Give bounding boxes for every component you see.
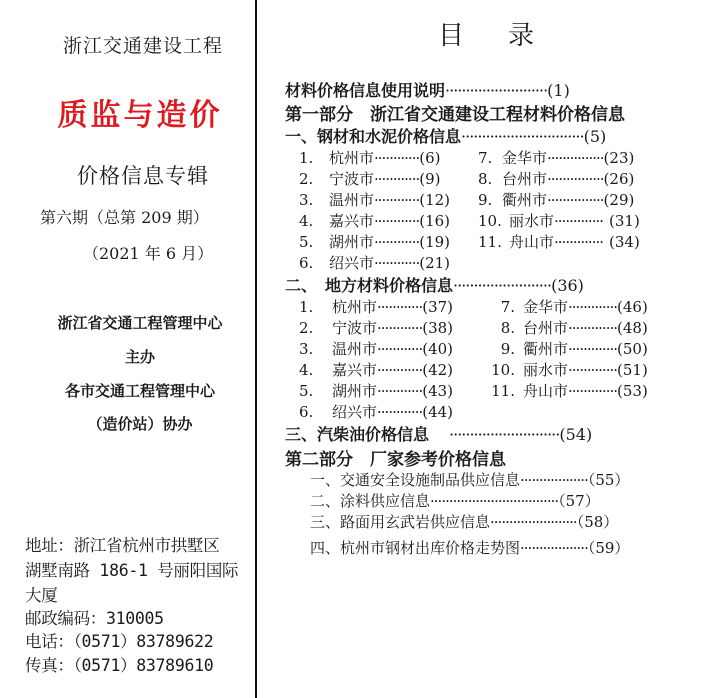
- leader-dots: ·············: [568, 361, 617, 379]
- leader-dots: ············: [377, 403, 422, 421]
- city-name: 宁波市: [332, 319, 377, 337]
- leader-dots: ·························: [445, 81, 547, 100]
- toc-city-entry[interactable]: 6.绍兴市············(44): [299, 401, 453, 422]
- page-number: (34): [609, 233, 640, 251]
- address-line-1: 地址：浙江省杭州市拱墅区: [25, 532, 219, 556]
- co-sponsor-role: （造价站）协办: [0, 413, 256, 434]
- entry-number: 5.: [299, 382, 332, 400]
- phone: 电话：（0571）83789622: [25, 628, 213, 652]
- toc-city-entry[interactable]: 7.金华市·············(46): [483, 296, 648, 317]
- city-name: 绍兴市: [329, 254, 374, 272]
- leader-dots: ·············: [568, 340, 617, 358]
- page-number: （57）: [558, 492, 600, 510]
- leader-dots: ············: [377, 382, 422, 400]
- toc-part-2: 第二部分 厂家参考价格信息: [285, 445, 506, 470]
- toc-city-entry[interactable]: 6.绍兴市············(21): [299, 252, 450, 273]
- toc-entry-intro[interactable]: 材料价格信息使用说明·························(1): [285, 78, 570, 101]
- toc-city-entry[interactable]: 4.嘉兴市············(42): [299, 359, 453, 380]
- leader-dots: ···············: [547, 149, 604, 167]
- leader-dots: ·············: [568, 298, 617, 316]
- page-number: (43): [422, 382, 453, 400]
- page-number: (42): [422, 361, 453, 379]
- toc-city-entry[interactable]: 9.衢州市·············(50): [483, 338, 648, 359]
- entry-number: 3.: [299, 340, 332, 358]
- leader-dots: ············: [377, 298, 422, 316]
- address-line-2: 湖墅南路 186-1 号丽阳国际: [25, 557, 238, 581]
- city-name: 台州市: [523, 319, 568, 337]
- toc-entry-label: 三、汽柴油价格信息: [285, 425, 429, 444]
- cover-title: 质监与造价: [0, 90, 256, 134]
- city-name: 丽水市: [509, 212, 554, 230]
- entry-number: 4.: [299, 212, 329, 230]
- sponsor-role: 主办: [0, 346, 256, 367]
- city-name: 温州市: [329, 191, 374, 209]
- toc-city-entry[interactable]: 9.衢州市···············(29): [478, 189, 634, 210]
- leader-dots: ·············: [568, 382, 617, 400]
- page-number: (53): [617, 382, 648, 400]
- toc-entry-label: 一、钢材和水泥价格信息: [285, 127, 461, 146]
- toc-city-entry[interactable]: 3.温州市············(40): [299, 338, 453, 359]
- city-name: 嘉兴市: [332, 361, 377, 379]
- leader-dots: ···························: [449, 425, 559, 444]
- toc-entry-label: 二、涂料供应信息: [310, 492, 430, 510]
- city-name: 杭州市: [329, 149, 374, 167]
- leader-dots: ············: [374, 233, 419, 251]
- toc-city-entry[interactable]: 8.台州市···············(26): [478, 168, 634, 189]
- city-name: 舟山市: [509, 233, 554, 251]
- leader-dots: ············: [374, 212, 419, 230]
- entry-number: 7.: [483, 298, 515, 316]
- leader-dots: ············: [377, 340, 422, 358]
- address-line-3: 大厦: [25, 582, 57, 606]
- toc-entry-label: 二、 地方材料价格信息: [285, 276, 453, 295]
- page-number: (12): [419, 191, 450, 209]
- leader-dots: ·············: [554, 212, 603, 230]
- leader-dots: ···············: [547, 170, 604, 188]
- page-number: (48): [617, 319, 648, 337]
- toc-city-entry[interactable]: 8.台州市·············(48): [483, 317, 648, 338]
- leader-dots: ············: [374, 170, 419, 188]
- city-name: 金华市: [523, 298, 568, 316]
- page-number: (50): [617, 340, 648, 358]
- publisher-line: 浙江交通建设工程: [0, 31, 256, 58]
- toc-city-entry[interactable]: 3.温州市············(12): [299, 189, 450, 210]
- fax: 传真：（0571）83789610: [25, 652, 213, 676]
- city-name: 舟山市: [523, 382, 568, 400]
- toc-section-3[interactable]: 三、汽柴油价格信息···························(54): [285, 422, 592, 445]
- entry-number: 2.: [299, 170, 329, 188]
- toc-city-entry[interactable]: 11.舟山市·············(53): [483, 380, 648, 401]
- toc-city-entry[interactable]: 1.杭州市············(6): [299, 147, 440, 168]
- page-number: (19): [419, 233, 450, 251]
- entry-number: 10.: [478, 212, 509, 230]
- page-number: (51): [617, 361, 648, 379]
- page-number: (16): [419, 212, 450, 230]
- page-number: (1): [547, 81, 570, 100]
- city-name: 湖州市: [332, 382, 377, 400]
- page-number: (44): [422, 403, 453, 421]
- city-name: 宁波市: [329, 170, 374, 188]
- toc-heading-right: 录: [508, 15, 534, 52]
- entry-number: 10.: [483, 361, 515, 379]
- toc-city-entry[interactable]: 1.杭州市············(37): [299, 296, 453, 317]
- leader-dots: ······························: [461, 127, 584, 146]
- leader-dots: ··················: [520, 471, 588, 489]
- leader-dots: ············: [374, 191, 419, 209]
- city-name: 衢州市: [502, 191, 547, 209]
- toc-heading: 目录: [438, 15, 534, 52]
- toc-city-entry[interactable]: 4.嘉兴市············(16): [299, 210, 450, 231]
- page-number: (31): [609, 212, 640, 230]
- postcode: 邮政编码：310005: [25, 605, 164, 629]
- leader-dots: ························: [453, 276, 551, 295]
- city-name: 衢州市: [523, 340, 568, 358]
- toc-city-entry[interactable]: 5.湖州市············(19): [299, 231, 450, 252]
- page-number: (26): [604, 170, 635, 188]
- leader-dots: ············: [374, 254, 419, 272]
- page-number: (40): [422, 340, 453, 358]
- entry-number: 6.: [299, 254, 329, 272]
- entry-number: 8.: [483, 319, 515, 337]
- toc-supplier-entry[interactable]: 二、涂料供应信息································…: [310, 490, 600, 511]
- entry-number: 11.: [478, 233, 509, 251]
- page-number: (9): [419, 170, 440, 188]
- page-number: (46): [617, 298, 648, 316]
- entry-number: 1.: [299, 298, 332, 316]
- leader-dots: ············: [374, 149, 419, 167]
- toc-city-entry[interactable]: 2.宁波市············(9): [299, 168, 440, 189]
- leader-dots: ·············: [568, 319, 617, 337]
- toc-entry-label: 一、交通安全设施制品供应信息: [310, 471, 520, 489]
- leader-dots: ··················: [520, 539, 588, 557]
- entry-number: 5.: [299, 233, 329, 251]
- leader-dots: ·············: [554, 233, 603, 251]
- toc-supplier-entry[interactable]: 三、路面用玄武岩供应信息·······················（58）: [310, 511, 618, 532]
- entry-number: 7.: [478, 149, 502, 167]
- toc-heading-left: 目: [438, 15, 464, 52]
- toc-entry-label: 三、路面用玄武岩供应信息: [310, 513, 490, 531]
- toc-entry-label: 材料价格信息使用说明: [285, 81, 445, 100]
- toc-city-entry[interactable]: 2.宁波市············(38): [299, 317, 453, 338]
- toc-section-1[interactable]: 一、钢材和水泥价格信息·····························…: [285, 124, 606, 147]
- city-name: 嘉兴市: [329, 212, 374, 230]
- city-name: 杭州市: [332, 298, 377, 316]
- page-number: (21): [419, 254, 450, 272]
- toc-city-entry[interactable]: 5.湖州市············(43): [299, 380, 453, 401]
- city-name: 湖州市: [329, 233, 374, 251]
- toc-supplier-entry[interactable]: 一、交通安全设施制品供应信息··················（55）: [310, 469, 629, 490]
- page-number: (29): [604, 191, 635, 209]
- cover-subtitle: 价格信息专辑: [0, 160, 256, 190]
- toc-entry-label: 四、杭州市钢材出库价格走势图: [310, 539, 520, 557]
- city-name: 丽水市: [523, 361, 568, 379]
- entry-number: 4.: [299, 361, 332, 379]
- toc-supplier-entry[interactable]: 四、杭州市钢材出库价格走势图··················（59）: [310, 537, 629, 558]
- city-name: 绍兴市: [332, 403, 377, 421]
- entry-number: 9.: [483, 340, 515, 358]
- entry-number: 11.: [483, 382, 515, 400]
- city-name: 温州市: [332, 340, 377, 358]
- issue-date: （2021 年 6 月）: [83, 241, 213, 264]
- entry-number: 6.: [299, 403, 332, 421]
- entry-number: 9.: [478, 191, 502, 209]
- toc-section-2[interactable]: 二、 地方材料价格信息························(36): [285, 273, 584, 296]
- page-number: （55）: [588, 471, 630, 489]
- sponsor: 浙江省交通工程管理中心: [0, 312, 256, 333]
- leader-dots: ············: [377, 319, 422, 337]
- page-number: (23): [604, 149, 635, 167]
- toc-city-entry[interactable]: 7.金华市···············(23): [478, 147, 634, 168]
- city-name: 台州市: [502, 170, 547, 188]
- leader-dots: ··································: [430, 492, 558, 510]
- leader-dots: ············: [377, 361, 422, 379]
- page-number: (54): [559, 425, 592, 444]
- page-number: （58）: [577, 513, 619, 531]
- toc-city-entry[interactable]: 11.舟山市·············(34): [478, 231, 640, 252]
- page-number: （59）: [588, 539, 630, 557]
- issue-number: 第六期（总第 209 期）: [40, 205, 209, 228]
- page-number: (36): [551, 276, 584, 295]
- toc-city-entry[interactable]: 10.丽水市·············(31): [478, 210, 640, 231]
- entry-number: 2.: [299, 319, 332, 337]
- co-sponsor: 各市交通工程管理中心: [0, 380, 256, 401]
- page-number: (38): [422, 319, 453, 337]
- entry-number: 1.: [299, 149, 329, 167]
- leader-dots: ·······················: [490, 513, 577, 531]
- entry-number: 8.: [478, 170, 502, 188]
- entry-number: 3.: [299, 191, 329, 209]
- page-number: (37): [422, 298, 453, 316]
- page-number: (6): [419, 149, 440, 167]
- city-name: 金华市: [502, 149, 547, 167]
- leader-dots: ···············: [547, 191, 604, 209]
- toc-part-1: 第一部分 浙江省交通建设工程材料价格信息: [285, 100, 625, 125]
- toc-city-entry[interactable]: 10.丽水市·············(51): [483, 359, 648, 380]
- page-number: (5): [584, 127, 607, 146]
